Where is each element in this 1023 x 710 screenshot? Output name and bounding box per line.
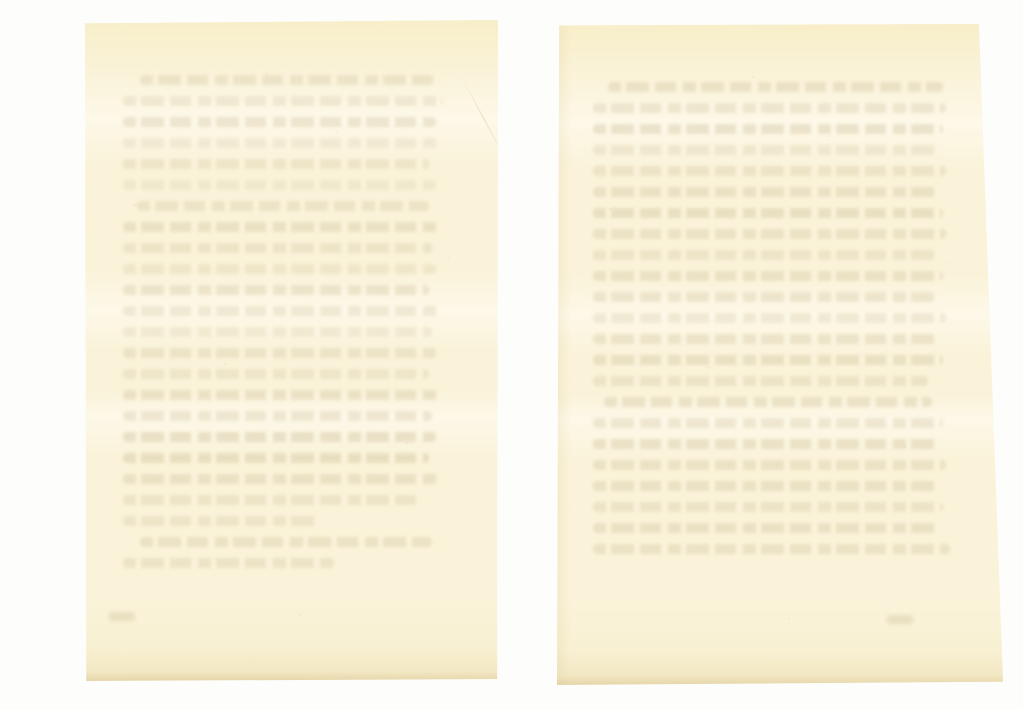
faded-text-line (123, 369, 429, 379)
faded-text-line (123, 558, 334, 568)
page-crease (461, 77, 505, 159)
faded-text-line (123, 243, 432, 253)
faded-text-line (123, 264, 436, 274)
faded-text-line (123, 306, 439, 316)
faded-text-line (140, 75, 439, 85)
faded-text-line (593, 229, 946, 239)
faded-text-line (123, 138, 439, 148)
faded-text-line (123, 516, 320, 526)
left-page-scan (85, 20, 498, 681)
faded-text-line (593, 208, 943, 218)
faded-text-line (123, 159, 429, 169)
faded-text-line (123, 348, 436, 358)
faded-text-line (593, 481, 935, 491)
page-number-smudge-left (109, 612, 135, 621)
faded-text-line (123, 285, 429, 295)
faded-text-line (123, 390, 439, 400)
right-page-scan (557, 24, 1003, 685)
faded-text-line (593, 502, 943, 512)
faded-text-line (593, 187, 935, 197)
faded-text-line (137, 201, 429, 211)
faded-text-block-right (593, 82, 965, 565)
faded-text-line (593, 250, 939, 260)
faded-text-line (593, 376, 928, 386)
faded-text-line (593, 124, 943, 134)
faded-text-line (123, 222, 439, 232)
book-spread-scan (0, 0, 1023, 710)
faded-text-line (123, 495, 422, 505)
faded-text-line (593, 103, 946, 113)
faded-text-line (123, 411, 432, 421)
faded-text-line (593, 355, 943, 365)
faded-text-line (593, 166, 946, 176)
faded-text-line (593, 313, 946, 323)
page-number-smudge-right (887, 615, 913, 624)
faded-text-line (593, 145, 939, 155)
faded-text-line (593, 460, 946, 470)
faded-text-block-left (123, 75, 463, 579)
gutter-shading (557, 24, 571, 685)
faded-text-line (593, 292, 935, 302)
faded-text-line (608, 82, 943, 92)
faded-text-line (140, 537, 432, 547)
faded-text-line (123, 180, 436, 190)
faded-text-line (123, 96, 443, 106)
faded-text-line (123, 432, 436, 442)
faded-text-line (593, 439, 939, 449)
faded-text-line (593, 523, 939, 533)
faded-text-line (123, 117, 436, 127)
faded-text-line (123, 327, 432, 337)
faded-text-line (123, 453, 429, 463)
faded-text-line (123, 474, 439, 484)
faded-text-line (604, 397, 931, 407)
faded-text-line (593, 334, 939, 344)
faded-text-line (593, 418, 943, 428)
faded-text-line (593, 544, 950, 554)
faded-text-line (593, 271, 943, 281)
